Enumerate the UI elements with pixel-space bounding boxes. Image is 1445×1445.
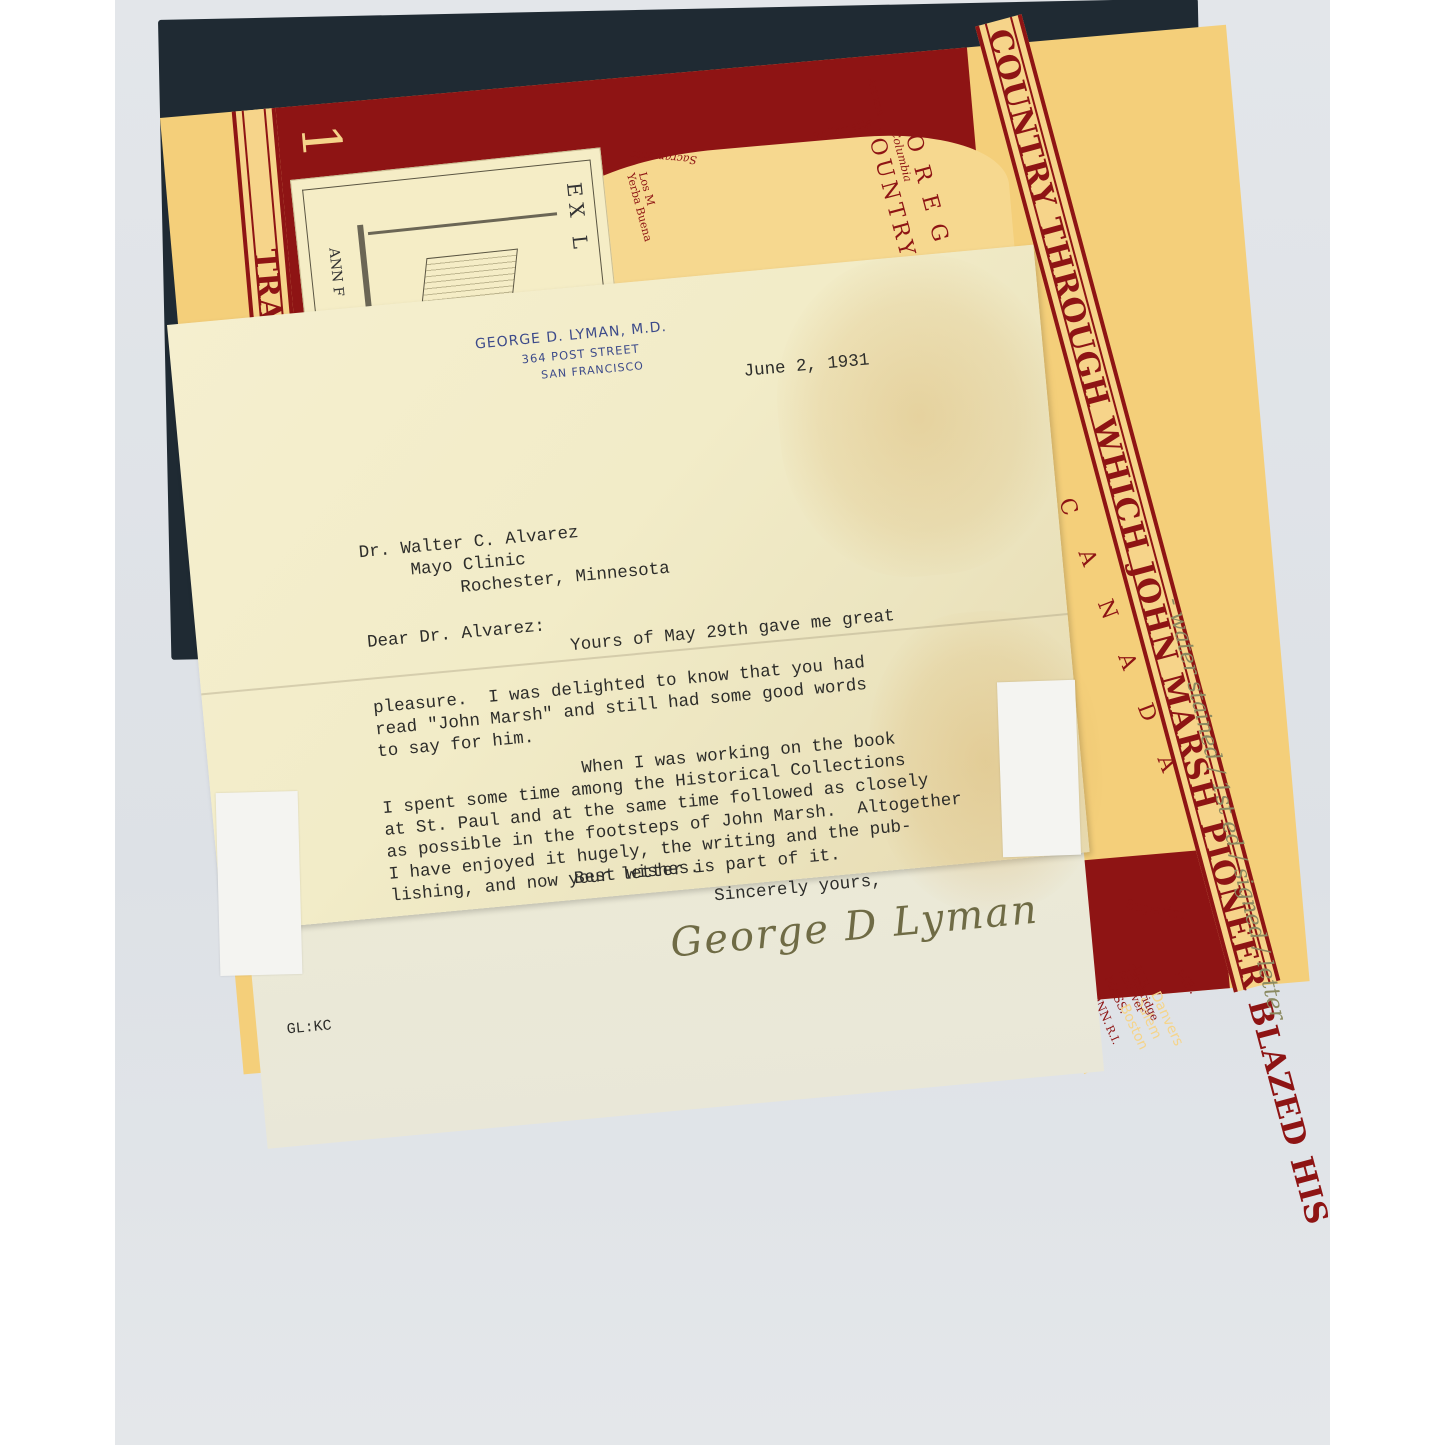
paragraph1-line-1: Yours of May 29th gave me great <box>569 606 895 656</box>
salutation: Dear Dr. Alvarez: <box>366 616 546 652</box>
paper-strip-left <box>216 791 303 976</box>
bookplate-owner: ANN F <box>325 247 346 297</box>
closing-sincerely: Sincerely yours, <box>713 871 882 906</box>
paper-strip-right <box>997 680 1081 858</box>
typist-initials: GL:KC <box>286 1017 332 1038</box>
bookplate-ex-libris: EX L <box>562 181 593 256</box>
water-stain <box>764 244 1072 588</box>
bookplate-stand <box>357 225 372 315</box>
closing-best-wishes: Best wishes. <box>573 858 700 890</box>
bookplate-rod <box>368 212 557 235</box>
